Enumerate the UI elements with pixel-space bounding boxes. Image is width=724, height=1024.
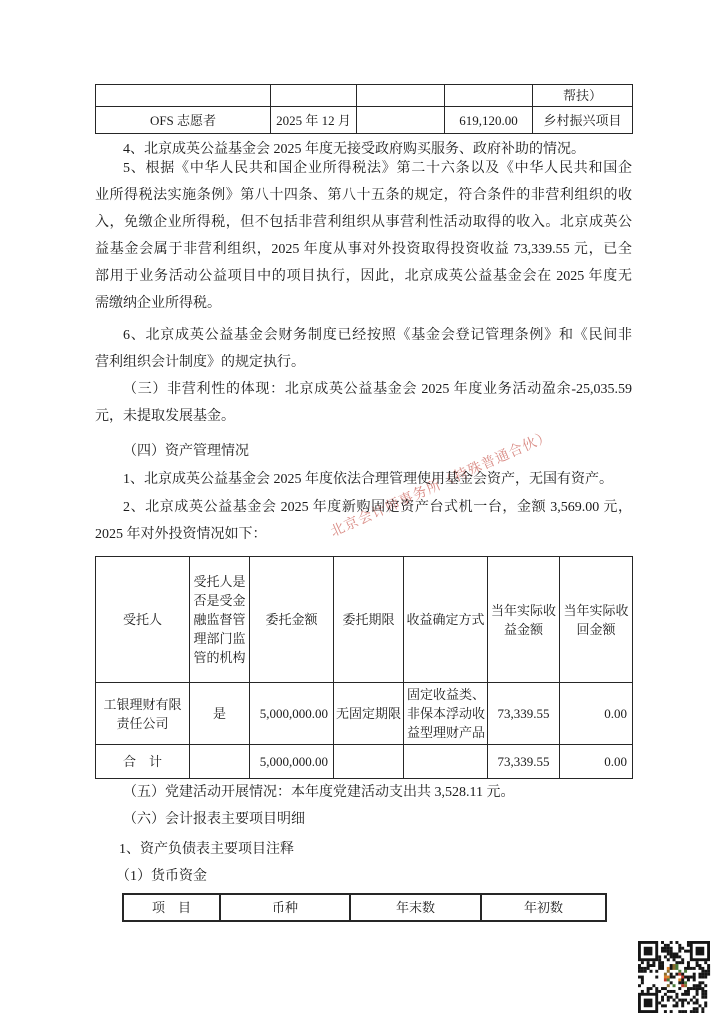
cell-income-method: 固定收益类、非保本浮动收益型理财产品 xyxy=(404,683,488,745)
paragraph-line: （1）货币资金 xyxy=(95,863,632,890)
cell xyxy=(445,85,533,107)
paragraph-line: 业所得税法实施条例》第八十四条、第八十五条的规定，符合条件的非营利组织的收 xyxy=(95,182,632,209)
cell-total-label: 合 计 xyxy=(96,745,190,779)
paragraph-line: 益基金会属于非营利组织，2025 年度从事对外投资取得投资收益 73,339.5… xyxy=(95,236,632,263)
cell xyxy=(96,85,271,107)
section-6-heading: （六）会计报表主要项目明细 xyxy=(95,806,632,833)
cell-project: 乡村振兴项目 xyxy=(533,107,633,134)
paragraph-line: 部用于业务活动公益项目中的项目执行，因此，北京成英公益基金会在 2025 年度无 xyxy=(95,263,632,290)
money-header-row: 项 目 币种 年末数 年初数 xyxy=(123,894,606,921)
header-year-begin: 年初数 xyxy=(481,894,606,921)
cell xyxy=(404,745,488,779)
header-regulated: 受托人是否是受金融监督管理部门监管的机构 xyxy=(190,557,250,683)
investment-header-row: 受托人 受托人是否是受金融监督管理部门监管的机构 委托金额 委托期限 收益确定方… xyxy=(96,557,633,683)
header-item: 项 目 xyxy=(123,894,220,921)
cell-date: 2025 年 12 月 xyxy=(271,107,357,134)
cell xyxy=(190,745,250,779)
paragraph-line: （五）党建活动开展情况：本年度党建活动支出共 3,528.11 元。 xyxy=(95,779,632,806)
header-term: 委托期限 xyxy=(334,557,404,683)
paragraph-line: （三）非营利性的体现：北京成英公益基金会 2025 年度业务活动盈余-25,03… xyxy=(95,376,632,403)
cell xyxy=(357,107,445,134)
paragraph-line: 1、资产负债表主要项目注释 xyxy=(95,836,632,863)
investment-total-row: 合 计 5,000,000.00 73,339.55 0.00 xyxy=(96,745,633,779)
cell xyxy=(271,85,357,107)
section-heading: （六）会计报表主要项目明细 xyxy=(95,806,632,833)
monetary-funds-table: 项 目 币种 年末数 年初数 xyxy=(122,893,607,922)
section-4-item-1: 1、北京成英公益基金会 2025 年度依法合理管理使用基金会资产，无国有资产。 xyxy=(95,466,632,493)
cell-term: 无固定期限 xyxy=(334,683,404,745)
paragraph-line: 营利组织会计制度》的规定执行。 xyxy=(95,349,632,376)
paragraph-line: 5、根据《中华人民共和国企业所得税法》第二十六条以及《中华人民共和国企 xyxy=(95,155,632,182)
donation-table-continued: 帮扶） OFS 志愿者 2025 年 12 月 619,120.00 乡村振兴项… xyxy=(95,84,633,134)
cell xyxy=(334,745,404,779)
note-1-1-heading: （1）货币资金 xyxy=(95,863,632,890)
header-currency: 币种 xyxy=(220,894,350,921)
cell-entrusted-amount: 5,000,000.00 xyxy=(250,683,334,745)
header-trustee: 受托人 xyxy=(96,557,190,683)
cell-actual-recovered: 0.00 xyxy=(560,683,633,745)
paragraph-line: 元，未提取发展基金。 xyxy=(95,403,632,430)
investment-table: 受托人 受托人是否是受金融监督管理部门监管的机构 委托金额 委托期限 收益确定方… xyxy=(95,556,633,779)
cell-donor: OFS 志愿者 xyxy=(96,107,271,134)
paragraph-line: 入，免缴企业所得税，但不包括非营利组织从事营利性活动取得的收入。北京成英公 xyxy=(95,209,632,236)
cell-total-recovered: 0.00 xyxy=(560,745,633,779)
paragraph-line: 需缴纳企业所得税。 xyxy=(95,290,632,317)
cell-total-amount: 5,000,000.00 xyxy=(250,745,334,779)
cell-actual-income: 73,339.55 xyxy=(488,683,560,745)
header-year-end: 年末数 xyxy=(350,894,481,921)
cell-regulated: 是 xyxy=(190,683,250,745)
section-3-nonprofit: （三）非营利性的体现：北京成英公益基金会 2025 年度业务活动盈余-25,03… xyxy=(95,376,632,430)
qr-code xyxy=(637,941,711,1013)
cell xyxy=(357,85,445,107)
table-row: 帮扶） xyxy=(96,85,633,107)
paragraph-line: 1、北京成英公益基金会 2025 年度依法合理管理使用基金会资产，无国有资产。 xyxy=(95,466,632,493)
cell-amount: 619,120.00 xyxy=(445,107,533,134)
paragraph-5: 5、根据《中华人民共和国企业所得税法》第二十六条以及《中华人民共和国企 业所得税… xyxy=(95,155,632,317)
paragraph-line: 6、北京成英公益基金会财务制度已经按照《基金会登记管理条例》和《民间非 xyxy=(95,322,632,349)
header-entrusted-amount: 委托金额 xyxy=(250,557,334,683)
investment-data-row: 工银理财有限责任公司 是 5,000,000.00 无固定期限 固定收益类、非保… xyxy=(96,683,633,745)
header-actual-income: 当年实际收益金额 xyxy=(488,557,560,683)
document-page: 北京会计师事务所（特殊普通合伙） 帮扶） OFS 志愿者 2025 年 12 月… xyxy=(0,0,724,1024)
cell-total-income: 73,339.55 xyxy=(488,745,560,779)
table-row: OFS 志愿者 2025 年 12 月 619,120.00 乡村振兴项目 xyxy=(96,107,633,134)
note-1-heading: 1、资产负债表主要项目注释 xyxy=(95,836,632,863)
header-actual-recovered: 当年实际收回金额 xyxy=(560,557,633,683)
header-income-method: 收益确定方式 xyxy=(404,557,488,683)
paragraph-6: 6、北京成英公益基金会财务制度已经按照《基金会登记管理条例》和《民间非 营利组织… xyxy=(95,322,632,376)
section-5-heading: （五）党建活动开展情况：本年度党建活动支出共 3,528.11 元。 xyxy=(95,779,632,806)
cell-trustee: 工银理财有限责任公司 xyxy=(96,683,190,745)
cell: 帮扶） xyxy=(533,85,633,107)
